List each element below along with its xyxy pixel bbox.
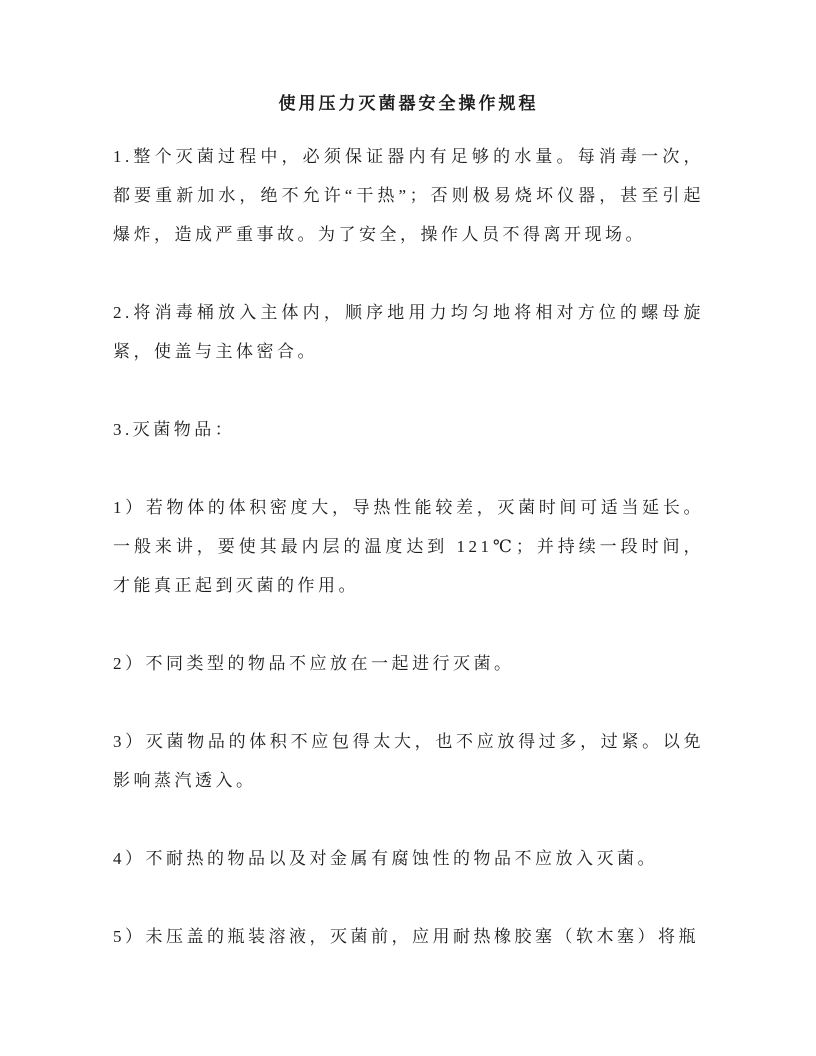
- paragraph-list-item-2: 2）不同类型的物品不应放在一起进行灭菌。: [113, 644, 704, 683]
- paragraph-2: 2.将消毒桶放入主体内，顺序地用力均匀地将相对方位的螺母旋紧，使盖与主体密合。: [113, 293, 704, 371]
- paragraph-list-item-3: 3）灭菌物品的体积不应包得太大，也不应放得过多，过紧。以免影响蒸汽透入。: [113, 722, 704, 800]
- paragraph-1: 1.整个灭菌过程中，必须保证器内有足够的水量。每消毒一次，都要重新加水，绝不允许…: [113, 137, 704, 254]
- paragraph-list-item-4: 4）不耐热的物品以及对金属有腐蚀性的物品不应放入灭菌。: [113, 839, 704, 878]
- paragraph-list-item-5: 5）未压盖的瓶装溶液，灭菌前，应用耐热橡胶塞（软木塞）将瓶: [113, 917, 704, 956]
- paragraph-list-item-1: 1）若物体的体积密度大，导热性能较差，灭菌时间可适当延长。一般来讲，要使其最内层…: [113, 488, 704, 605]
- document-page: 使用压力灭菌器安全操作规程 1.整个灭菌过程中，必须保证器内有足够的水量。每消毒…: [0, 0, 816, 1056]
- paragraph-3: 3.灭菌物品：: [113, 410, 704, 449]
- document-title: 使用压力灭菌器安全操作规程: [113, 84, 704, 123]
